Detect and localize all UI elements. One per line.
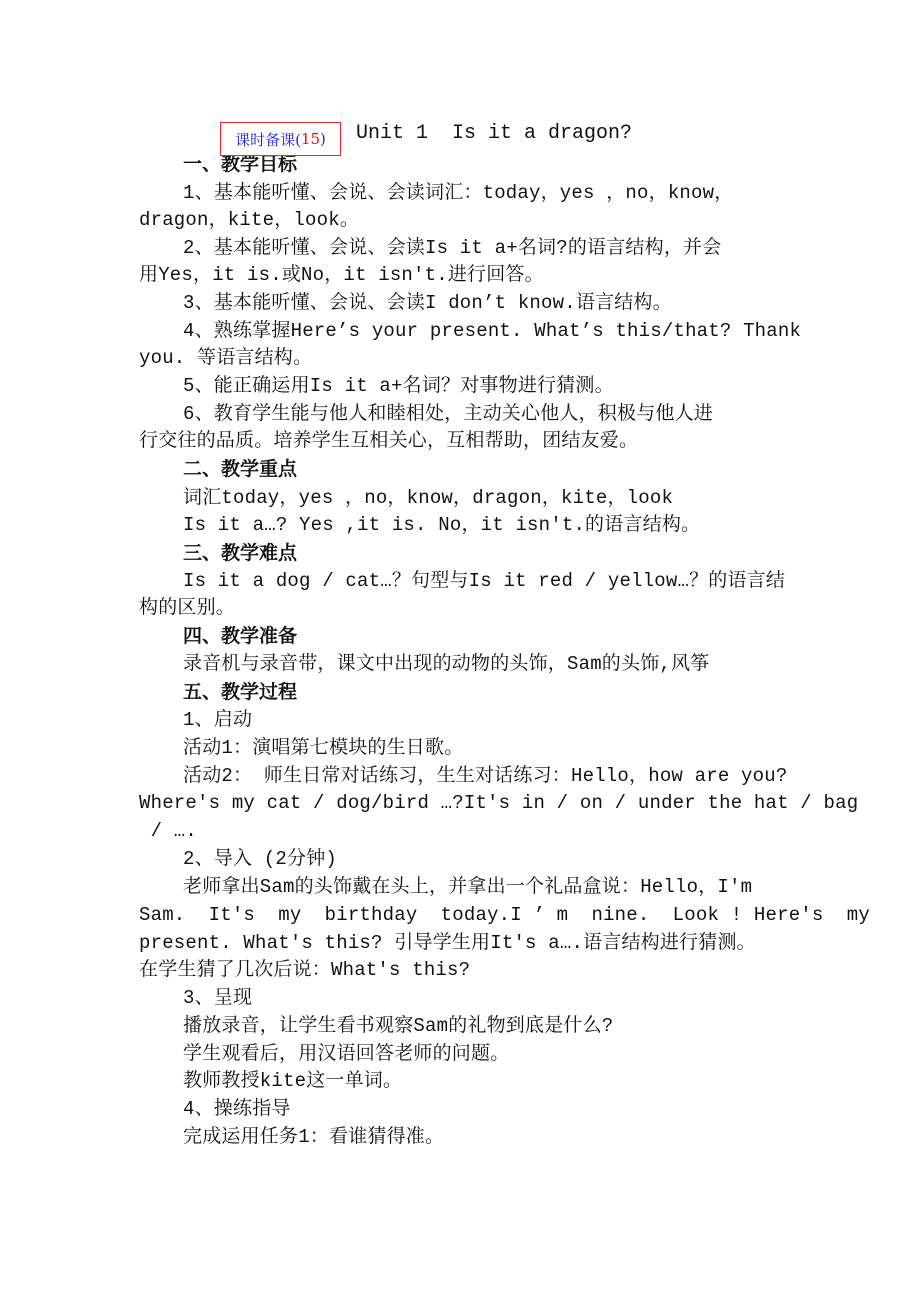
- lesson-label-suffix: ): [320, 130, 326, 148]
- objective-2-line-2: 用Yes，it is.或No，it isn't.进行回答。: [139, 263, 544, 287]
- objective-3: 3、基本能听懂、会说、会读I don’t know.语言结构。: [183, 291, 672, 315]
- objective-1-line-1: 1、基本能听懂、会说、会读词汇：today，yes ，no，know，: [183, 181, 733, 205]
- key-point-structure: Is it a…? Yes ,it is. No，it isn't.的语言结构。: [183, 513, 700, 537]
- step-3-line-3: 教师教授kite这一单词。: [183, 1069, 402, 1093]
- lesson-label-box: 课时备课(15): [220, 122, 341, 156]
- step-1-title: 1、启动: [183, 708, 252, 732]
- page-title: Unit 1 Is it a dragon?: [356, 121, 632, 147]
- key-point-vocab: 词汇today，yes ，no，know，dragon，kite，look: [183, 486, 673, 510]
- lesson-label-prefix: 课时备课(: [235, 129, 301, 150]
- objective-4-line-1: 4、熟练掌握Here’s your present. What’s this/t…: [183, 319, 801, 343]
- step-3-line-1: 播放录音，让学生看书观察Sam的礼物到底是什么?: [183, 1014, 613, 1038]
- objective-2-line-1: 2、基本能听懂、会说、会读Is it a+名词?的语言结构，并会: [183, 236, 721, 260]
- objective-4-line-2: you. 等语言结构。: [139, 346, 312, 370]
- objective-5: 5、能正确运用Is it a+名词？对事物进行猜测。: [183, 374, 614, 398]
- step-1-activity-1: 活动1：演唱第七模块的生日歌。: [183, 736, 463, 760]
- lesson-label-number: 15: [301, 130, 320, 148]
- step-1-activity-2-line-2: Where's my cat / dog/bird …?It's in / on…: [139, 791, 858, 815]
- step-2-line-2: Sam. It's my birthday today.I ’ m nine. …: [139, 903, 870, 927]
- objective-6-line-1: 6、教育学生能与他人和睦相处，主动关心他人，积极与他人进: [183, 402, 713, 426]
- step-2-line-3: present. What's this? 引导学生用It's a….语言结构进…: [139, 931, 756, 955]
- objective-1-line-2: dragon，kite，look。: [139, 208, 359, 232]
- step-2-title: 2、导入 (2分钟): [183, 847, 337, 871]
- section-heading-difficulties: 三、教学难点: [183, 541, 297, 565]
- step-3-line-2: 学生观看后，用汉语回答老师的问题。: [183, 1042, 509, 1066]
- objective-6-line-2: 行交往的品质。培养学生互相关心，互相帮助，团结友爱。: [139, 429, 638, 453]
- step-1-activity-2-line-1: 活动2： 师生日常对话练习，生生对话练习：Hello，how are you?: [183, 764, 787, 788]
- document-page: 课时备课(15) Unit 1 Is it a dragon? 一、教学目标 1…: [0, 0, 920, 1302]
- step-3-title: 3、呈现: [183, 986, 252, 1010]
- step-4-line-1: 完成运用任务1：看谁猜得准。: [183, 1125, 444, 1149]
- step-4-title: 4、操练指导: [183, 1097, 291, 1121]
- difficulty-line-1: Is it a dog / cat…？句型与Is it red / yellow…: [183, 569, 785, 593]
- step-2-line-4: 在学生猜了几次后说：What's this?: [139, 958, 470, 982]
- preparation-line: 录音机与录音带，课文中出现的动物的头饰，Sam的头饰,风筝: [183, 652, 709, 676]
- section-heading-key-points: 二、教学重点: [183, 457, 297, 481]
- step-1-activity-2-line-3: / ….: [139, 819, 197, 843]
- section-heading-preparation: 四、教学准备: [183, 624, 297, 648]
- section-heading-process: 五、教学过程: [183, 680, 297, 704]
- step-2-line-1: 老师拿出Sam的头饰戴在头上，并拿出一个礼品盒说：Hello，I'm: [183, 875, 752, 899]
- difficulty-line-2: 构的区别。: [139, 596, 235, 620]
